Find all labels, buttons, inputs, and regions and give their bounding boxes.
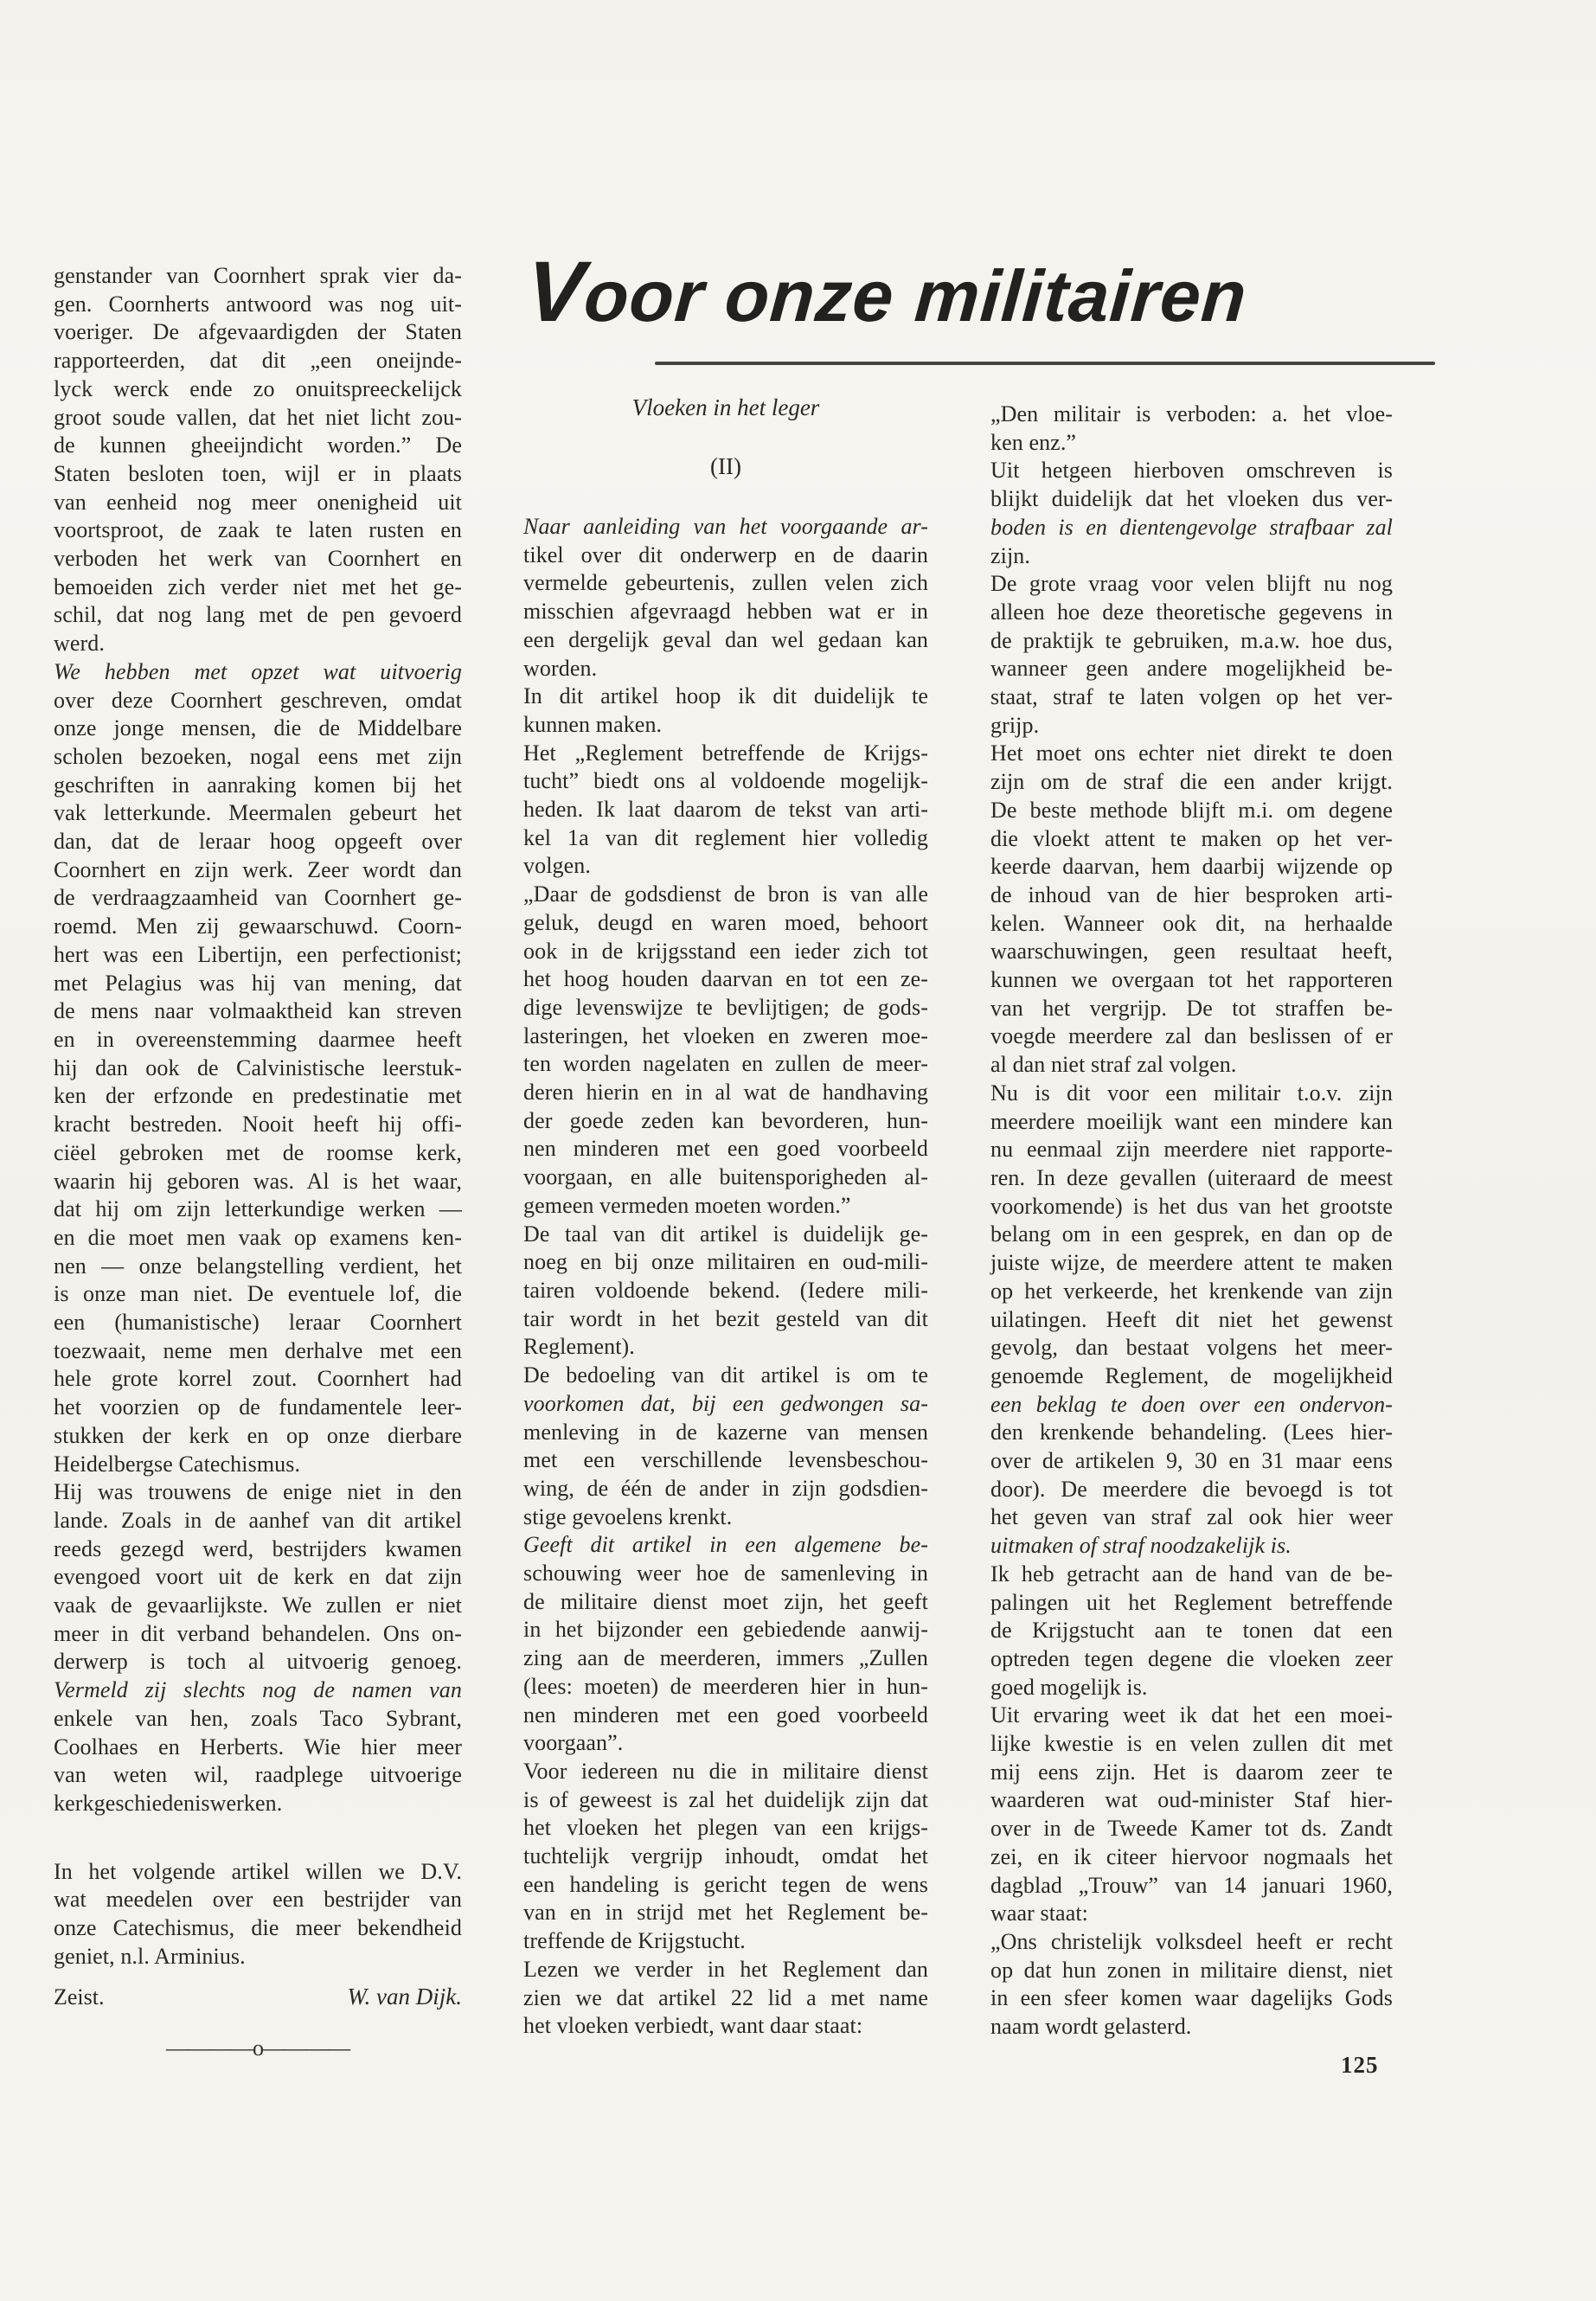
text-line: van eenheid nog meer onenigheid uit [54, 489, 462, 517]
text-line: uitmaken of straf noodzakelijk is. [990, 1532, 1393, 1561]
text-line: kel 1a van dit reglement hier volledig [523, 824, 928, 853]
text-line: voorgaan, en alle buitensporigheden al- [523, 1163, 928, 1192]
signature-author: W. van Dijk. [348, 1983, 462, 2010]
text-line: voegde meerdere zal dan beslissen of er [990, 1022, 1393, 1051]
text-line: tucht” biedt ons al voldoende mogelijk- [523, 767, 928, 796]
text-line: Naar aanleiding van het voorgaande ar- [523, 513, 928, 542]
text-line: schouwing weer hoe de samenleving in [523, 1560, 928, 1588]
text-line: met een verschillende levensbeschou- [523, 1446, 928, 1475]
text-line: voorkomen dat, bij een gedwongen sa- [523, 1390, 928, 1419]
text-line: die vloekt attent te maken op het ver- [990, 825, 1393, 854]
text-line: de verdraagzaamheid van Coornhert ge- [54, 884, 462, 913]
text-line: ook in de krijgsstand een ieder zich tot [523, 938, 928, 966]
text-line: We hebben met opzet wat uitvoerig [54, 658, 462, 687]
text-line: „Den militair is verboden: a. het vloe- [990, 401, 1393, 429]
text-line: menleving in de kazerne van mensen [523, 1419, 928, 1447]
text-line: dat hij om zijn letterkundige werken — [54, 1195, 462, 1224]
text-line: van en in strijd met het Reglement be- [523, 1899, 928, 1927]
middle-column-blocks: Naar aanleiding van het voorgaande ar-ti… [523, 513, 928, 2041]
text-line: het vloeken verbiedt, want daar staat: [523, 2012, 928, 2041]
text-line: optreden tegen degene die vloeken zeer [990, 1645, 1393, 1674]
paragraph: De grote vraag voor velen blijft nu noga… [990, 570, 1393, 740]
text-line: met Pelagius was hij van mening, dat [54, 970, 462, 998]
text-line: een beklag te doen over een ondervon- [990, 1391, 1393, 1420]
text-line: De bedoeling van dit artikel is om te [523, 1362, 928, 1390]
text-line: lyck werck ende zo onuitspreeckelijck [54, 375, 462, 404]
text-line: ren. In deze gevallen (uiteraard de mees… [990, 1164, 1393, 1193]
paragraph: Ik heb getracht aan de hand van de be-pa… [990, 1561, 1393, 1702]
paragraph: „Ons christelijk volksdeel heeft er rech… [990, 1928, 1393, 2041]
paragraph: Geeft dit artikel in een algemene be-sch… [523, 1531, 928, 1758]
text-line: waarschuwingen, geen resultaat heeft, [990, 938, 1393, 966]
text-line: een dergelijk geval dan wel gedaan kan [523, 626, 928, 655]
text-line: op het verkeerde, het krenkende van zijn [990, 1278, 1393, 1306]
text-line: voortsproot, de zaak te laten rusten en [54, 516, 462, 545]
text-line: noeg en bij onze militairen en oud-mili- [523, 1248, 928, 1277]
text-line: blijkt duidelijk dat het vloeken dus ver… [990, 485, 1393, 514]
text-line: schil, dat nog lang met de pen gevoerd [54, 601, 462, 630]
text-line: meer in dit verband behandelen. Ons on- [54, 1620, 462, 1649]
text-line: de kunnen gheeijndicht worden.” De [54, 432, 462, 460]
text-line: Lezen we verder in het Reglement dan [523, 1956, 928, 1984]
text-line: palingen uit het Reglement betreffende [990, 1589, 1393, 1618]
text-line: de militaire dienst moet zijn, het geeft [523, 1588, 928, 1617]
paragraph: Uit hetgeen hierboven omschreven isblijk… [990, 457, 1393, 570]
text-line: lasteringen, het vloeken en zweren moe- [523, 1022, 928, 1051]
text-line: tairen voldoende bekend. (Iedere mili- [523, 1277, 928, 1305]
text-line: Uit hetgeen hierboven omschreven is [990, 457, 1393, 485]
text-line: waarderen wat oud-minister Staf hier- [990, 1786, 1393, 1815]
text-line: gemeen vermeden moeten worden.” [523, 1192, 928, 1221]
right-column: „Den militair is verboden: a. het vloe-k… [990, 401, 1393, 2041]
paragraph: In dit artikel hoop ik dit duidelijk tek… [523, 683, 928, 739]
section-header: Vloeken in het leger [523, 394, 928, 421]
text-line: geschriften in aanraking komen bij het [54, 772, 462, 800]
text-line: door). De meerdere die bevoegd is tot [990, 1476, 1393, 1504]
text-line: tuchtelijk vergrijp inhoudt, omdat het [523, 1843, 928, 1871]
text-line: bemoeiden zich verder niet met het ge- [54, 574, 462, 602]
text-line: voorgaan”. [523, 1729, 928, 1758]
text-line: nen minderen met een goed voorbeeld [523, 1702, 928, 1730]
text-line: dige levenswijze te bevlijtigen; de gods… [523, 994, 928, 1022]
text-line: Uit ervaring weet ik dat het een moei- [990, 1702, 1393, 1730]
text-line: toezwaait, neme men derhalve met een [54, 1337, 462, 1366]
text-line: de mens naar volmaaktheid kan streven [54, 997, 462, 1026]
text-line: misschien afgevraagd hebben wat er in [523, 598, 928, 626]
text-line: zien we dat artikel 22 lid a met name [523, 1984, 928, 2013]
text-line: scholen bezoeken, nogal eens met zijn [54, 743, 462, 772]
text-line: derwerp is toch al uitvoerig genoeg. [54, 1648, 462, 1676]
text-line: roemd. Men zij gewaarschuwd. Coorn- [54, 913, 462, 941]
text-line: over de artikelen 9, 30 en 31 maar eens [990, 1447, 1393, 1476]
text-line: heden. Ik laat daarom de tekst van arti- [523, 796, 928, 824]
text-line: Heidelbergse Catechismus. [54, 1451, 462, 1479]
paragraph: genstander van Coornhert sprak vier da-g… [54, 262, 462, 658]
text-line: genstander van Coornhert sprak vier da- [54, 262, 462, 291]
text-line: belang om in een gesprek, en dan op de [990, 1221, 1393, 1249]
text-line: vermelde gebeurtenis, zullen velen zich [523, 569, 928, 598]
text-line: gevolg, dan bestaat volgens het meer- [990, 1334, 1393, 1362]
text-line: hele grote korrel zout. Coornhert had [54, 1365, 462, 1394]
paragraph: Voor iedereen nu die in militaire dienst… [523, 1758, 928, 1956]
text-line: den krenkende behandeling. (Lees hier- [990, 1419, 1393, 1447]
text-line: ten worden nagelaten en zullen de meer- [523, 1050, 928, 1079]
text-line: Coornhert en zijn werk. Zeer wordt dan [54, 856, 462, 885]
text-line: wing, de één de ander in zijn godsdien- [523, 1475, 928, 1503]
text-line: meerdere moeilijk want een mindere kan [990, 1108, 1393, 1137]
text-line: stige gevoelens krenkt. [523, 1503, 928, 1532]
text-line: nu eenmaal zijn meerdere niet rapporte- [990, 1136, 1393, 1164]
paragraph: Het moet ons echter niet direkt te doenz… [990, 740, 1393, 1079]
text-line: Coolhaes en Herberts. Wie hier meer [54, 1734, 462, 1762]
text-line: stukken der kerk en op onze dierbare [54, 1422, 462, 1451]
text-line: ken der erfzonde en predestinatie met [54, 1082, 462, 1111]
text-line: zijn om de straf die een ander krijgt. [990, 768, 1393, 797]
left-column-blocks: genstander van Coornhert sprak vier da-g… [54, 262, 462, 2061]
section-divider: ————o———— [54, 2035, 462, 2061]
text-line: zijn. [990, 542, 1393, 571]
text-line: Ik heb getracht aan de hand van de be- [990, 1561, 1393, 1589]
paragraph: De bedoeling van dit artikel is om tevoo… [523, 1362, 928, 1531]
text-line: het hoog houden daarvan en tot een ze- [523, 965, 928, 994]
text-line: van het vergrijp. De tot straffen be- [990, 995, 1393, 1023]
text-line: geluk, deugd en waren moed, behoort [523, 909, 928, 938]
text-line: De taal van dit artikel is duidelijk ge- [523, 1221, 928, 1249]
text-line: de praktijk te gebruiken, m.a.w. hoe dus… [990, 627, 1393, 656]
text-line: keerde daarvan, hem daarbij wijzende op [990, 853, 1393, 881]
text-line: Geeft dit artikel in een algemene be- [523, 1531, 928, 1560]
middle-column: Vloeken in het leger (II) Naar aanleidin… [523, 394, 928, 2041]
text-line: het vloeken het plegen van een krijgs- [523, 1814, 928, 1843]
article-title-block: Voor onze militairen [523, 249, 1484, 339]
text-line: wat meedelen over een bestrijder van [54, 1886, 462, 1914]
text-line: en die moet men vaak op examens ken- [54, 1224, 462, 1253]
paragraph: We hebben met opzet wat uitvoerigover de… [54, 658, 462, 1478]
text-line: evengoed voort uit de kerk en dat zijn [54, 1563, 462, 1592]
text-line: vaak de gevaarlijkste. We zullen er niet [54, 1592, 462, 1620]
text-line: rapporteerden, dat dit „een oneijnde- [54, 347, 462, 375]
text-line: voeriger. De afgevaardigden der Staten [54, 318, 462, 347]
text-line: nen minderen met een goed voorbeeld [523, 1135, 928, 1163]
text-line: Staten besloten toen, wijl er in plaats [54, 460, 462, 489]
text-line: lande. Zoals in de aanhef van dit artike… [54, 1507, 462, 1535]
text-line: hert was een Libertijn, een perfectionis… [54, 941, 462, 970]
text-line: volgen. [523, 852, 928, 881]
text-line: Het „Reglement betreffende de Krijgs- [523, 740, 928, 768]
text-line: geniet, n.l. Arminius. [54, 1943, 462, 1971]
paragraph-gap [54, 1818, 462, 1858]
text-line: ken enz.” [990, 429, 1393, 458]
text-line: In het volgende artikel willen we D.V. [54, 1858, 462, 1887]
text-line: wanneer geen andere mogelijkheid be- [990, 655, 1393, 683]
text-line: van weten wil, raadplege uitvoerige [54, 1761, 462, 1790]
text-line: staat, straf te laten volgen op het ver- [990, 683, 1393, 712]
paragraph: „Daar de godsdienst de bron is van alleg… [523, 881, 928, 1220]
text-line: grijp. [990, 712, 1393, 740]
text-line: het voorzien op de fundamentele leer- [54, 1394, 462, 1422]
text-line: „Daar de godsdienst de bron is van alle [523, 881, 928, 909]
text-line: in het bijzonder een gebiedende aanwij- [523, 1616, 928, 1644]
left-column: genstander van Coornhert sprak vier da-g… [54, 262, 462, 2061]
paragraph: Hij was trouwens de enige niet in denlan… [54, 1478, 462, 1817]
text-line: worden. [523, 655, 928, 683]
paragraph: Het „Reglement betreffende de Krijgs-tuc… [523, 740, 928, 881]
text-line: deren hierin en in al wat de handhaving [523, 1079, 928, 1107]
text-line: verboden het werk van Coornhert en [54, 545, 462, 574]
text-line: In dit artikel hoop ik dit duidelijk te [523, 683, 928, 711]
text-line: hij dan ook de Calvinistische leerstuk- [54, 1054, 462, 1083]
text-line: voorkomende) is het dus van het grootste [990, 1193, 1393, 1221]
text-line: op dat hun zonen in militaire dienst, ni… [990, 1957, 1393, 1985]
text-line: kelen. Wanneer ook dit, na herhaalde [990, 910, 1393, 939]
text-line: het geven van straf zal ook hier weer [990, 1503, 1393, 1532]
text-line: gen. Coornherts antwoord was nog uit- [54, 291, 462, 319]
paragraph: Nu is dit voor een militair t.o.v. zijnm… [990, 1080, 1393, 1561]
text-line: waarin hij geboren was. Al is het waar, [54, 1168, 462, 1196]
paragraph: „Den militair is verboden: a. het vloe-k… [990, 401, 1393, 457]
text-line: Het moet ons echter niet direkt te doen [990, 740, 1393, 768]
text-line: kerkgeschiedeniswerken. [54, 1790, 462, 1818]
text-line: tair wordt in het bezit gesteld van dit [523, 1305, 928, 1334]
text-line: vak letterkunde. Meermalen gebeurt het [54, 799, 462, 828]
text-line: (lees: moeten) de meerderen hier in hun- [523, 1673, 928, 1702]
article-title: Voor onze militairen [523, 249, 1490, 339]
text-line: kunnen maken. [523, 711, 928, 740]
text-line: der goede zeden kan bevorderen, hun- [523, 1107, 928, 1136]
text-line: onze jonge mensen, die de Middelbare [54, 715, 462, 743]
text-line: boden is en dientengevolge strafbaar zal [990, 514, 1393, 542]
text-line: „Ons christelijk volksdeel heeft er rech… [990, 1928, 1393, 1957]
text-line: een (humanistische) leraar Coornhert [54, 1309, 462, 1337]
right-column-blocks: „Den militair is verboden: a. het vloe-k… [990, 401, 1393, 2041]
text-line: waar staat: [990, 1900, 1393, 1928]
text-line: lijke kwestie is en velen zullen dit met [990, 1730, 1393, 1759]
text-line: onze Catechismus, die meer bekendheid [54, 1914, 462, 1943]
text-line: werd. [54, 630, 462, 658]
text-line: en in overeenstemming daarmee heeft [54, 1026, 462, 1054]
text-line: naam wordt gelasterd. [990, 2013, 1393, 2041]
text-line: groot soude vallen, dat het niet licht z… [54, 404, 462, 433]
text-line: De beste methode blijft m.i. om degene [990, 797, 1393, 825]
paragraph: Lezen we verder in het Reglement danzien… [523, 1956, 928, 2041]
text-line: kunnen we overgaan tot het rapporteren [990, 966, 1393, 995]
paragraph: Naar aanleiding van het voorgaande ar-ti… [523, 513, 928, 683]
signature-place: Zeist. [54, 1984, 105, 2011]
text-line: zing aan de meerderen, immers „Zullen [523, 1644, 928, 1673]
text-line: juiste wijze, de meerdere attent te make… [990, 1249, 1393, 1278]
signature-row: Zeist.W. van Dijk. [54, 1983, 462, 2011]
paragraph: In het volgende artikel willen we D.V.wa… [54, 1858, 462, 1971]
text-line: treffende de Krijgstucht. [523, 1927, 928, 1956]
text-line: Vermeld zij slechts nog de namen van [54, 1676, 462, 1705]
magazine-page: genstander van Coornhert sprak vier da-g… [0, 0, 1596, 2301]
text-line: al dan niet straf zal volgen. [990, 1051, 1393, 1080]
text-line: de Krijgstucht aan te tonen dat een [990, 1617, 1393, 1645]
text-line: over deze Coornhert geschreven, omdat [54, 687, 462, 715]
paragraph: De taal van dit artikel is duidelijk ge-… [523, 1221, 928, 1362]
text-line: tikel over dit onderwerp en de daarin [523, 542, 928, 570]
text-line: reeds gezegd werd, bestrijders kwamen [54, 1535, 462, 1564]
text-line: genoemde Reglement, de mogelijkheid [990, 1362, 1393, 1391]
page-number: 125 [1341, 2052, 1379, 2079]
text-line: ciëel gebroken met de roomse kerk, [54, 1139, 462, 1168]
text-line: Hij was trouwens de enige niet in den [54, 1478, 462, 1507]
text-line: zei, en ik citeer hiervoor nogmaals het [990, 1843, 1393, 1872]
paragraph: Uit ervaring weet ik dat het een moei-li… [990, 1702, 1393, 1928]
text-line: is of geweest is zal het duidelijk zijn … [523, 1786, 928, 1815]
text-line: is onze man niet. De eventuele lof, die [54, 1280, 462, 1309]
text-line: De grote vraag voor velen blijft nu nog [990, 570, 1393, 599]
text-line: Reglement). [523, 1333, 928, 1362]
text-line: over in de Tweede Kamer tot ds. Zandt [990, 1815, 1393, 1843]
text-line: een handeling is gericht tegen de wens [523, 1871, 928, 1900]
text-line: alleen hoe deze theoretische gegevens in [990, 599, 1393, 627]
text-line: de inhoud van de hier besproken arti- [990, 881, 1393, 910]
section-part-label: (II) [523, 452, 928, 480]
text-line: Nu is dit voor een militair t.o.v. zijn [990, 1080, 1393, 1108]
title-rule [655, 362, 1435, 365]
text-line: nen — onze belangstelling verdient, het [54, 1253, 462, 1281]
text-line: mij eens zijn. Het is daarom zeer te [990, 1759, 1393, 1787]
text-line: dan, dat de leraar hoog opgeeft over [54, 828, 462, 856]
text-line: uilatingen. Heeft dit niet het gewenst [990, 1306, 1393, 1335]
text-line: Voor iedereen nu die in militaire dienst [523, 1758, 928, 1786]
text-line: enkele van hen, zoals Taco Sybrant, [54, 1705, 462, 1734]
text-line: in een sfeer komen waar dagelijks Gods [990, 1984, 1393, 2013]
text-line: dagblad „Trouw” van 14 januari 1960, [990, 1872, 1393, 1900]
text-line: kracht bestreden. Nooit heeft hij offi- [54, 1111, 462, 1139]
text-line: goed mogelijk is. [990, 1674, 1393, 1702]
